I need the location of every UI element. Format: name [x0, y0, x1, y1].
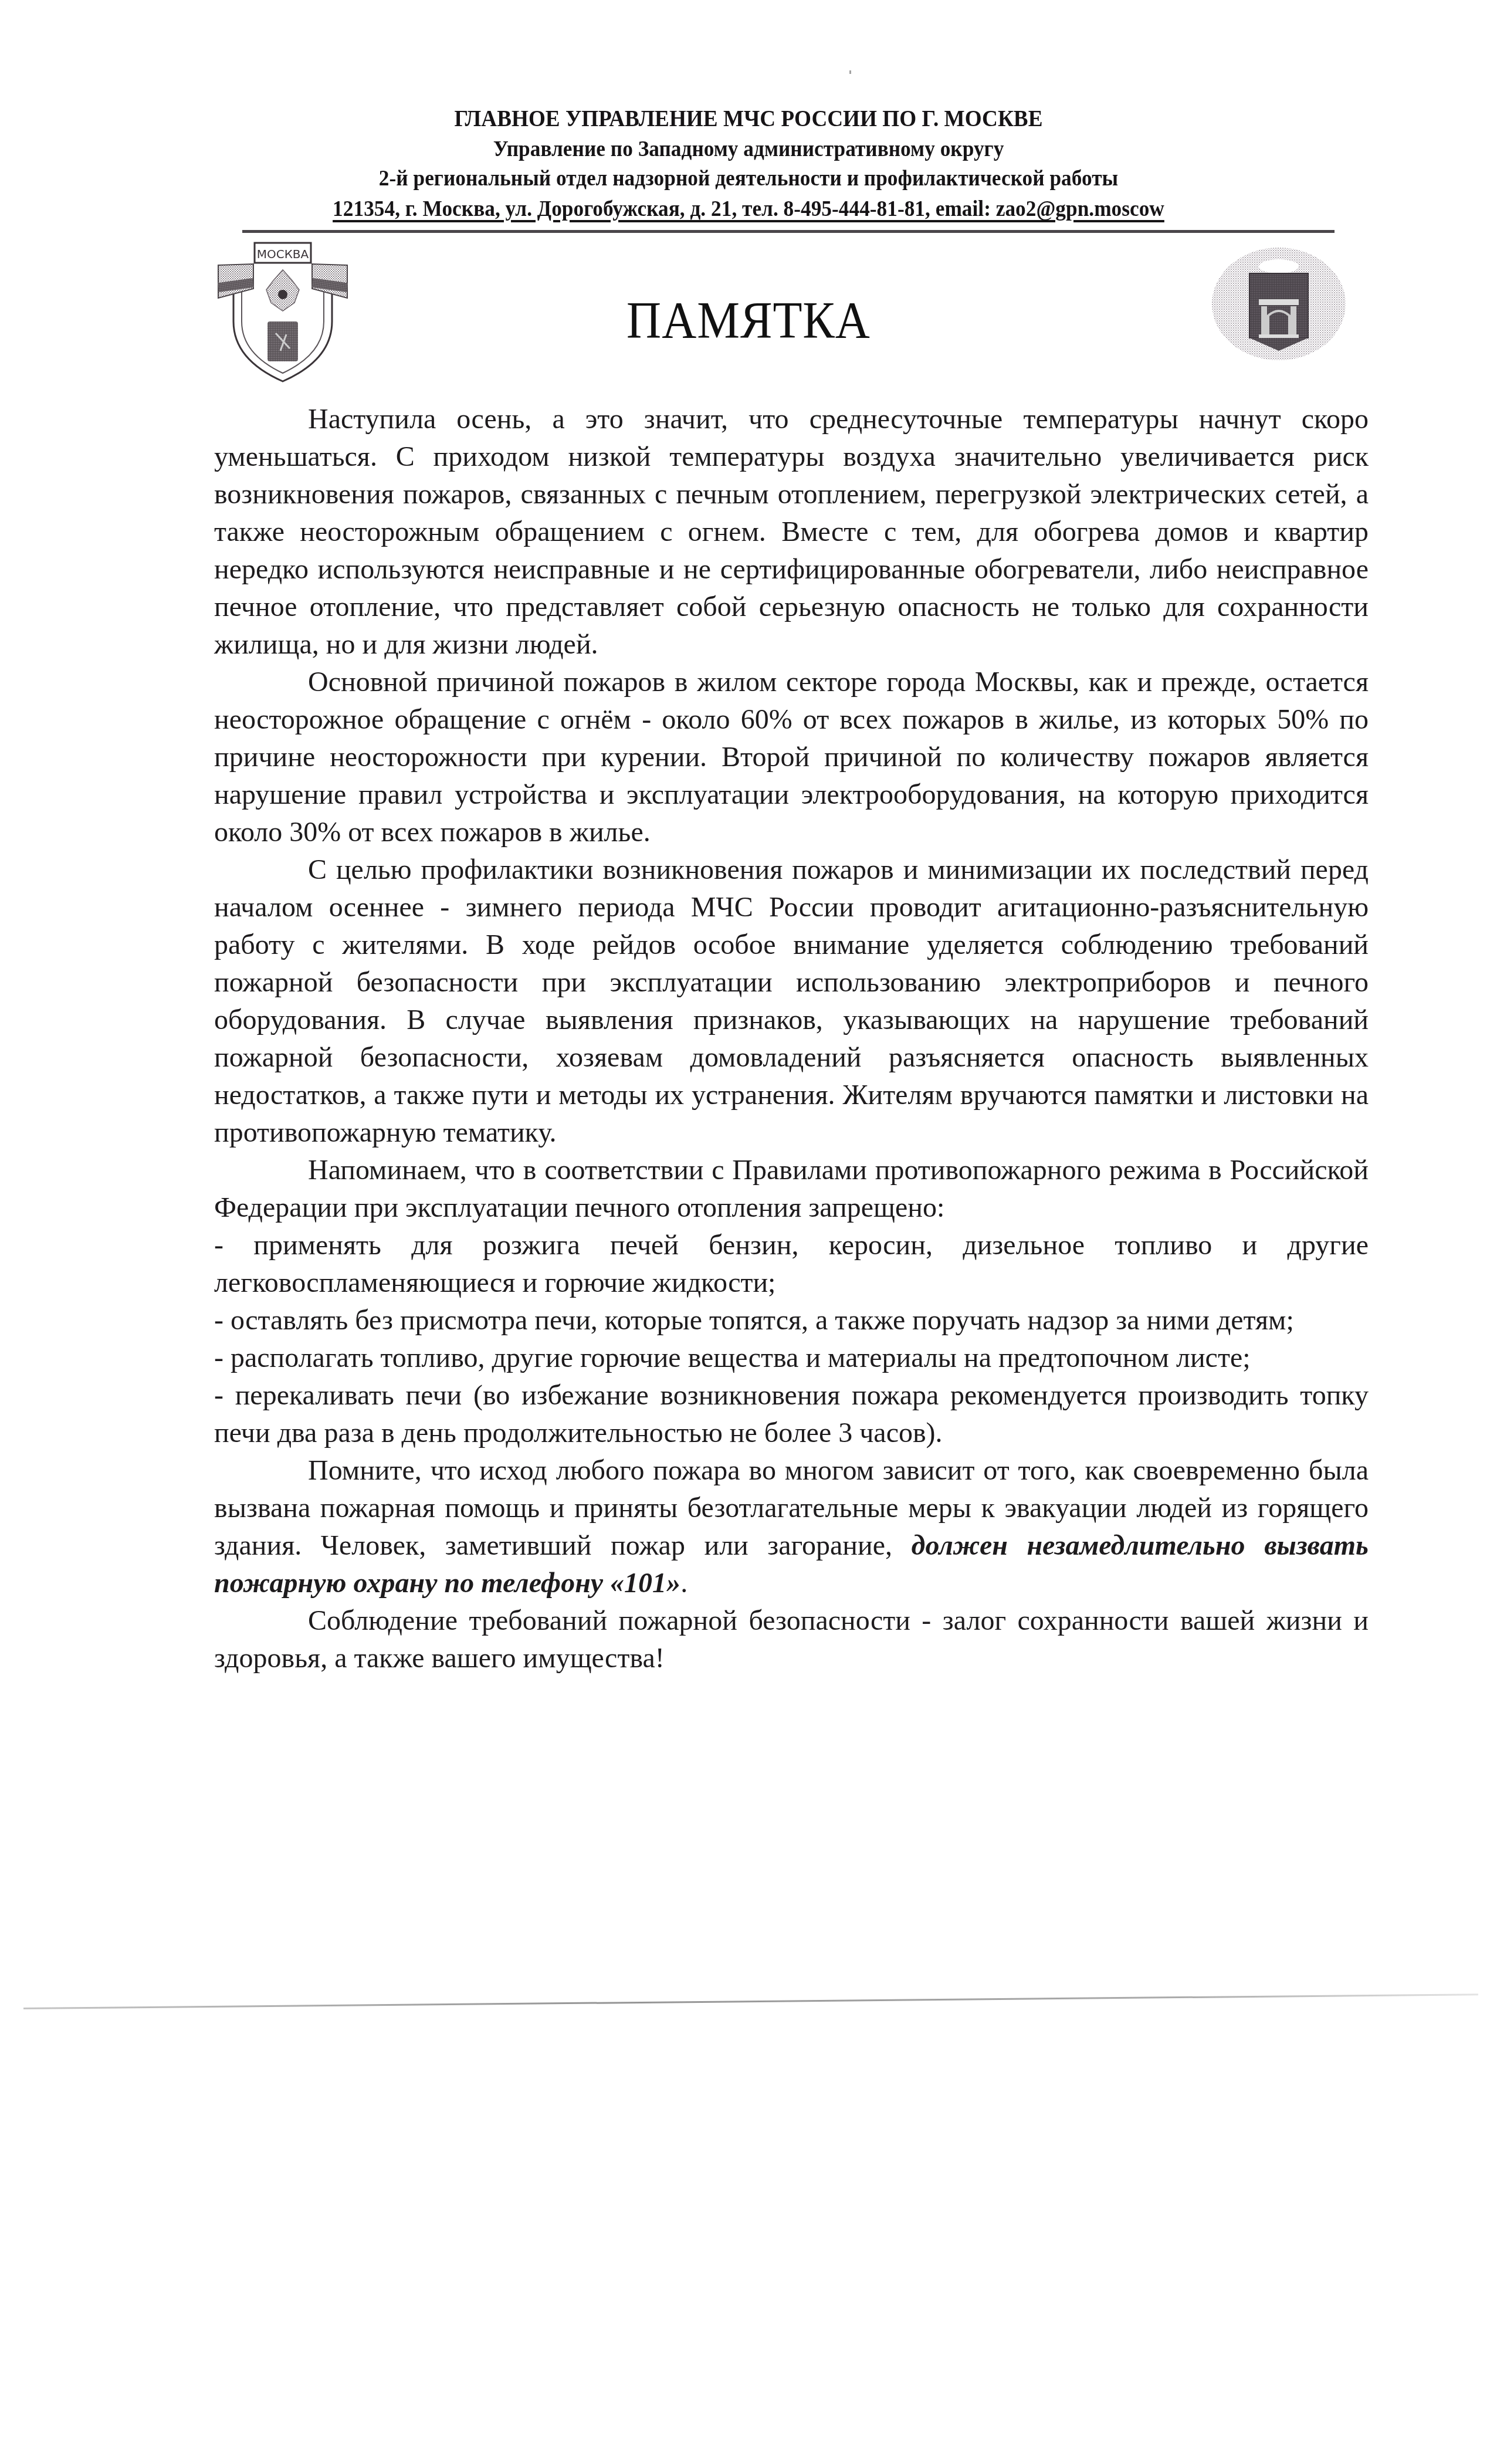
- page-title: ПАМЯТКА: [52, 291, 1444, 350]
- prohibition-item: - перекаливать печи (во избежание возник…: [214, 1377, 1369, 1452]
- header-department: 2-й региональный отдел надзорной деятель…: [52, 165, 1444, 191]
- paragraph-autumn-risks: Наступила осень, а это значит, что средн…: [214, 401, 1369, 664]
- header-address-contacts: 121354, г. Москва, ул. Дорогобужская, д.…: [52, 196, 1444, 222]
- prohibition-item: - применять для розжига печей бензин, ке…: [214, 1227, 1369, 1302]
- prohibition-item: - располагать топливо, другие горючие ве…: [214, 1339, 1369, 1377]
- memo-body: Наступила осень, а это значит, что средн…: [214, 401, 1369, 1677]
- paragraph-rules-intro: Напоминаем, что в соответствии с Правила…: [214, 1152, 1369, 1227]
- paragraph-fire-causes: Основной причиной пожаров в жилом сектор…: [214, 664, 1369, 851]
- svg-text:МОСКВА: МОСКВА: [257, 247, 309, 261]
- paragraph-closing: Соблюдение требований пожарной безопасно…: [214, 1602, 1369, 1677]
- header-agency-name: ГЛАВНОЕ УПРАВЛЕНИЕ МЧС РОССИИ ПО Г. МОСК…: [52, 104, 1444, 132]
- header-divider: [242, 230, 1335, 233]
- paragraph-call-fire-service: Помните, что исход любого пожара во мног…: [214, 1452, 1369, 1602]
- prohibition-item: - оставлять без присмотра печи, которые …: [214, 1302, 1369, 1339]
- header-district-office: Управление по Западному административном…: [52, 136, 1444, 162]
- scan-speck: [849, 70, 851, 74]
- scan-artifact-line: [23, 1993, 1478, 2009]
- paragraph-prevention-work: С целью профилактики возникновения пожар…: [214, 851, 1369, 1152]
- call-text-end: .: [680, 1568, 687, 1599]
